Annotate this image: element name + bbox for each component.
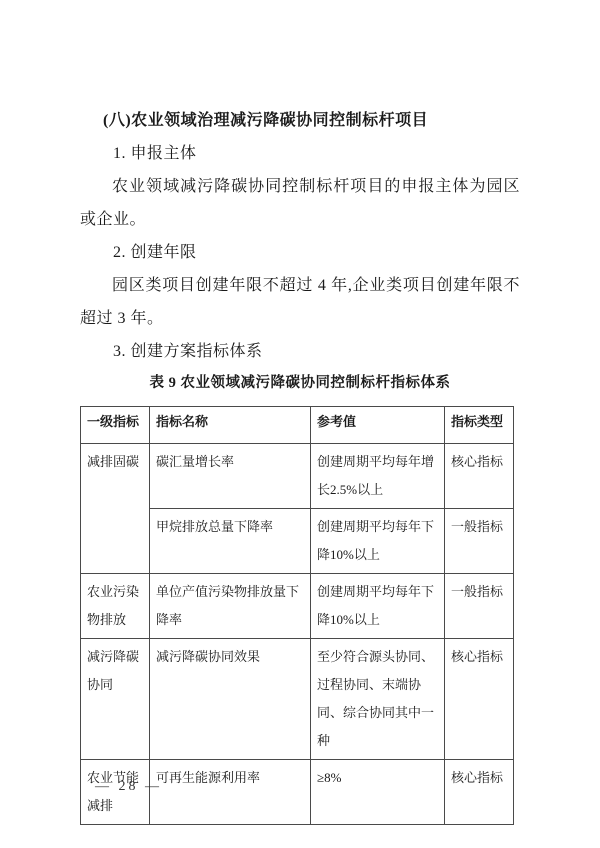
cell-indicator-type: 核心指标: [445, 444, 514, 509]
cell-reference-value: 创建周期平均每年下降10%以上: [311, 574, 445, 639]
cell-indicator-type: 核心指标: [445, 639, 514, 760]
item-1-heading: 1. 申报主体: [80, 137, 520, 170]
table-caption: 表 9 农业领域减污降碳协同控制标杆指标体系: [80, 372, 520, 394]
cell-level1-synergy: 减污降碳协同: [81, 639, 150, 760]
cell-reference-value: 至少符合源头协同、过程协同、末端协同、综合协同其中一种: [311, 639, 445, 760]
item-3-heading: 3. 创建方案指标体系: [80, 335, 520, 368]
cell-level1-carbon-reduction: 减排固碳: [81, 444, 150, 574]
table-header-row: 一级指标 指标名称 参考值 指标类型: [81, 407, 514, 444]
table-row: 农业污染物排放 单位产值污染物排放量下降率 创建周期平均每年下降10%以上 一般…: [81, 574, 514, 639]
cell-indicator-type: 核心指标: [445, 760, 514, 825]
indicator-table: 一级指标 指标名称 参考值 指标类型 减排固碳 碳汇量增长率 创建周期平均每年增…: [80, 406, 514, 825]
section-heading: (八)农业领域治理减污降碳协同控制标杆项目: [80, 104, 520, 137]
item-2-paragraph: 园区类项目创建年限不超过 4 年,企业类项目创建年限不超过 3 年。: [80, 269, 520, 335]
item-2-heading: 2. 创建年限: [80, 236, 520, 269]
cell-indicator-name: 可再生能源利用率: [150, 760, 311, 825]
document-page: (八)农业领域治理减污降碳协同控制标杆项目 1. 申报主体 农业领域减污降碳协同…: [0, 0, 600, 848]
column-header-type: 指标类型: [445, 407, 514, 444]
table-row: 减排固碳 碳汇量增长率 创建周期平均每年增长2.5%以上 核心指标: [81, 444, 514, 509]
cell-reference-value: 创建周期平均每年下降10%以上: [311, 509, 445, 574]
cell-indicator-name: 碳汇量增长率: [150, 444, 311, 509]
cell-indicator-name: 减污降碳协同效果: [150, 639, 311, 760]
column-header-level1: 一级指标: [81, 407, 150, 444]
cell-indicator-name: 单位产值污染物排放量下降率: [150, 574, 311, 639]
cell-indicator-type: 一般指标: [445, 509, 514, 574]
cell-indicator-type: 一般指标: [445, 574, 514, 639]
item-1-paragraph: 农业领域减污降碳协同控制标杆项目的申报主体为园区或企业。: [80, 170, 520, 236]
column-header-reference: 参考值: [311, 407, 445, 444]
cell-reference-value: 创建周期平均每年增长2.5%以上: [311, 444, 445, 509]
cell-level1-agri-pollutant: 农业污染物排放: [81, 574, 150, 639]
cell-indicator-name: 甲烷排放总量下降率: [150, 509, 311, 574]
cell-reference-value: ≥8%: [311, 760, 445, 825]
column-header-name: 指标名称: [150, 407, 311, 444]
table-row: 减污降碳协同 减污降碳协同效果 至少符合源头协同、过程协同、末端协同、综合协同其…: [81, 639, 514, 760]
page-number: — 28 —: [95, 779, 162, 795]
